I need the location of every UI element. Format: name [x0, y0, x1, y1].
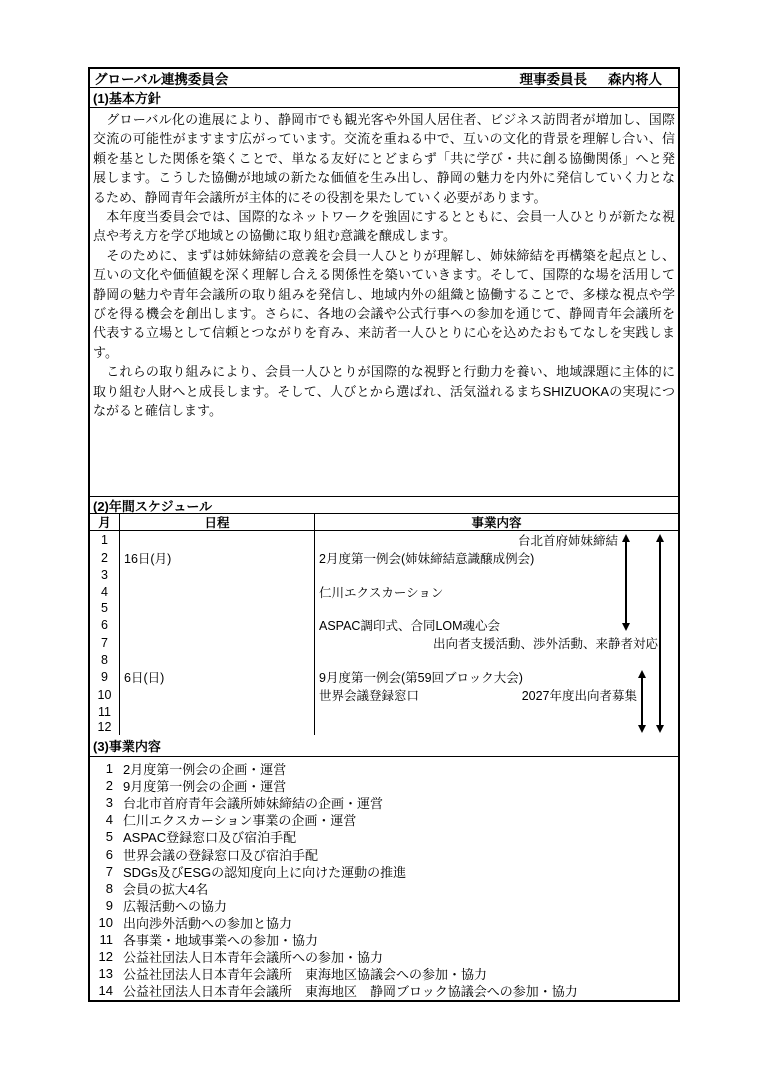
business-item: 2 9月度第一例会の企画・運営	[90, 777, 678, 794]
content-left: 2月度第一例会(姉妹締結意識醸成例会)	[319, 549, 534, 567]
date-cell	[120, 719, 315, 735]
content-cell: 世界会議登録窓口 2027年度出向者募集	[315, 686, 678, 704]
schedule-column-headers: 月 日程 事業内容	[90, 514, 678, 531]
schedule-row: 5	[90, 601, 678, 617]
month-cell: 5	[90, 601, 120, 617]
item-number: 2	[90, 778, 113, 793]
business-item: 3 台北市首府青年会議所姉妹締結の企画・運営	[90, 794, 678, 811]
policy-paragraph: 本年度当委員会では、国際的なネットワークを強固にするとともに、会員一人ひとりが新…	[93, 207, 675, 246]
content-left: 仁川エクスカーション	[319, 583, 443, 601]
date-cell: 6日(日)	[120, 668, 315, 686]
schedule-row: 7 出向者支援活動、渉外活動、来静者対応	[90, 634, 678, 652]
item-number: 7	[90, 864, 113, 879]
business-item: 5 ASPAC登録窓口及び宿泊手配	[90, 828, 678, 845]
business-item: 13 公益社団法人日本青年会議所 東海地区協議会への参加・協力	[90, 965, 678, 982]
business-item: 7 SDGs及びESGの認知度向上に向けた運動の推進	[90, 863, 678, 880]
business-item: 1 2月度第一例会の企画・運営	[90, 760, 678, 777]
content-right: 2027年度出向者募集	[522, 686, 637, 704]
schedule-row: 6 ASPAC調印式、合同LOM魂心会	[90, 616, 678, 634]
item-number: 1	[90, 761, 113, 776]
item-number: 11	[90, 932, 113, 947]
content-left: ASPAC調印式、合同LOM魂心会	[319, 616, 500, 634]
date-cell	[120, 634, 315, 652]
timespan-arrow-dispatch-icon	[637, 670, 646, 733]
business-item: 6 世界会議の登録窓口及び宿泊手配	[90, 845, 678, 862]
business-items: 1 2月度第一例会の企画・運営 2 9月度第一例会の企画・運営 3 台北市首府青…	[90, 757, 678, 1000]
chair-name: 森内将人	[608, 68, 662, 88]
timespan-arrow-fullyear-icon	[655, 534, 664, 733]
timespan-arrow-taipei-icon	[621, 534, 630, 631]
date-cell	[120, 531, 315, 549]
month-cell: 12	[90, 719, 120, 735]
date-cell	[120, 583, 315, 601]
policy-heading: (1)基本方針	[90, 88, 678, 108]
business-item: 9 広報活動への協力	[90, 897, 678, 914]
item-number: 5	[90, 829, 113, 844]
date-cell	[120, 652, 315, 668]
date-cell	[120, 616, 315, 634]
policy-paragraph: そのために、まずは姉妹締結の意義を会員一人ひとりが理解し、姉妹締結を再構築を起点…	[93, 246, 675, 362]
month-cell: 7	[90, 634, 120, 652]
item-number: 9	[90, 898, 113, 913]
schedule-rows: 1 台北首府姉妹締結 2 16日(月) 2月度第一例会(姉妹締結意識醸成例会) …	[90, 531, 678, 735]
date-cell	[120, 704, 315, 720]
schedule-row: 8	[90, 652, 678, 668]
content-cell: 出向者支援活動、渉外活動、来静者対応	[315, 634, 678, 652]
schedule-row: 12	[90, 719, 678, 735]
schedule-row: 9 6日(日) 9月度第一例会(第59回ブロック大会)	[90, 668, 678, 686]
schedule-row: 1 台北首府姉妹締結	[90, 531, 678, 549]
committee-name: グローバル連携委員会	[90, 68, 228, 88]
content-cell: 9月度第一例会(第59回ブロック大会)	[315, 668, 678, 686]
schedule-row: 11	[90, 704, 678, 720]
business-item: 12 公益社団法人日本青年会議所への参加・協力	[90, 948, 678, 965]
date-cell: 16日(月)	[120, 549, 315, 567]
schedule-heading: (2)年間スケジュール	[90, 497, 678, 514]
schedule-row: 10 世界会議登録窓口 2027年度出向者募集	[90, 686, 678, 704]
item-number: 14	[90, 983, 113, 998]
schedule-row: 4 仁川エクスカーション	[90, 583, 678, 601]
item-number: 6	[90, 847, 113, 862]
date-cell	[120, 601, 315, 617]
item-number: 4	[90, 812, 113, 827]
month-cell: 8	[90, 652, 120, 668]
business-item: 4 仁川エクスカーション事業の企画・運営	[90, 811, 678, 828]
policy-paragraph: グローバル化の進展により、静岡市でも観光客や外国人居住者、ビジネス訪問者が増加し…	[93, 110, 675, 207]
month-cell: 10	[90, 686, 120, 704]
item-number: 3	[90, 795, 113, 810]
date-cell	[120, 686, 315, 704]
business-item: 11 各事業・地域事業への参加・協力	[90, 931, 678, 948]
item-text: 公益社団法人日本青年会議所 東海地区 静岡ブロック協議会への参加・協力	[113, 981, 578, 1000]
business-heading: (3)事業内容	[90, 735, 678, 757]
date-cell	[120, 567, 315, 583]
month-cell: 1	[90, 531, 120, 549]
content-left: 9月度第一例会(第59回ブロック大会)	[319, 668, 523, 686]
content-left: 世界会議登録窓口	[319, 686, 419, 704]
policy-body: グローバル化の進展により、静岡市でも観光客や外国人居住者、ビジネス訪問者が増加し…	[90, 108, 678, 497]
committee-plan-document: グローバル連携委員会 理事委員長 森内将人 (1)基本方針 グローバル化の進展に…	[88, 67, 680, 1002]
col-header-date: 日程	[120, 514, 315, 530]
content-cell	[315, 652, 678, 668]
policy-paragraph: これらの取り組みにより、会員一人ひとりが国際的な視野と行動力を養い、地域課題に主…	[93, 362, 675, 420]
chair-block: 理事委員長 森内将人	[520, 68, 679, 88]
month-cell: 4	[90, 583, 120, 601]
item-number: 8	[90, 881, 113, 896]
content-cell	[315, 704, 678, 720]
title-row: グローバル連携委員会 理事委員長 森内将人	[90, 69, 678, 88]
content-cell	[315, 719, 678, 735]
col-header-content: 事業内容	[315, 513, 678, 531]
month-cell: 3	[90, 567, 120, 583]
schedule-row: 3	[90, 567, 678, 583]
month-cell: 9	[90, 668, 120, 686]
item-number: 12	[90, 949, 113, 964]
col-header-month: 月	[90, 514, 120, 530]
business-item: 14 公益社団法人日本青年会議所 東海地区 静岡ブロック協議会への参加・協力	[90, 982, 678, 999]
item-number: 13	[90, 966, 113, 981]
business-item: 10 出向渉外活動への参加と協力	[90, 914, 678, 931]
content-right: 台北首府姉妹締結	[518, 531, 618, 549]
schedule-row: 2 16日(月) 2月度第一例会(姉妹締結意識醸成例会)	[90, 549, 678, 567]
item-number: 10	[90, 915, 113, 930]
month-cell: 2	[90, 549, 120, 567]
chair-title: 理事委員長	[520, 68, 588, 88]
business-item: 8 会員の拡大4名	[90, 880, 678, 897]
month-cell: 6	[90, 616, 120, 634]
content-right: 出向者支援活動、渉外活動、来静者対応	[433, 634, 658, 652]
month-cell: 11	[90, 704, 120, 720]
